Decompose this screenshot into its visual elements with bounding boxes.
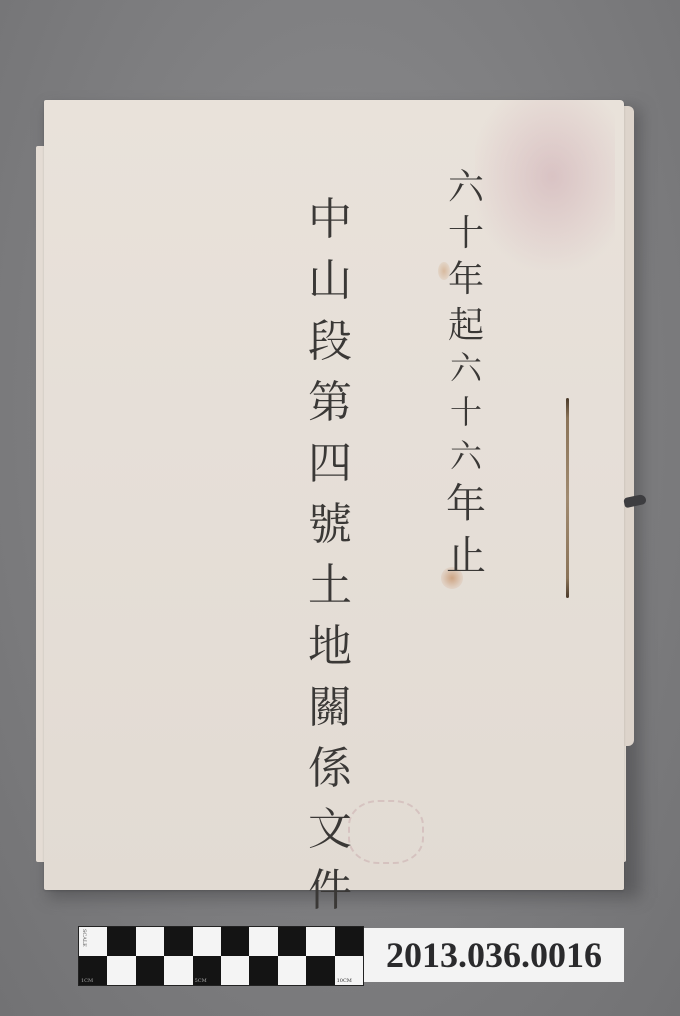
scale-cell: [249, 956, 277, 985]
date-char: 年: [446, 484, 486, 536]
scale-cell: [107, 956, 135, 985]
scale-cell: [335, 927, 363, 956]
title-char: 係: [308, 747, 352, 808]
scale-cell: 5CM: [193, 956, 221, 985]
title-char: 山: [308, 259, 352, 320]
scale-cell: [193, 927, 221, 956]
color-scale-bar: SCALE 1CM 5CM 10CM: [78, 926, 364, 986]
title-char: 第: [308, 381, 352, 442]
date-char: 止: [446, 536, 486, 588]
date-char: 年: [448, 262, 484, 308]
scale-cell: [249, 927, 277, 956]
scale-cell: [107, 927, 135, 956]
scale-side-label: SCALE: [81, 929, 87, 947]
binding-string: [566, 398, 569, 598]
scale-cell: [136, 956, 164, 985]
scale-cell: [164, 956, 192, 985]
scale-cell: [221, 956, 249, 985]
scale-cell: [278, 927, 306, 956]
title-char: 號: [308, 503, 352, 564]
date-char: 十: [448, 216, 484, 262]
scale-label-10cm: 10CM: [337, 978, 352, 984]
scale-cell: [306, 956, 334, 985]
date-char: 十: [450, 396, 482, 440]
title-char: 段: [308, 320, 352, 381]
date-char: 起: [448, 308, 484, 354]
title-char: 關: [308, 686, 352, 747]
title-char: 文: [308, 808, 352, 869]
scale-cell: 1CM: [79, 956, 107, 985]
document-title: 中 山 段 第 四 號 土 地 關 係 文 件: [302, 198, 358, 930]
title-char: 地: [308, 625, 352, 686]
scale-cell: [164, 927, 192, 956]
scale-label-5cm: 5CM: [195, 978, 207, 984]
accession-number-label: 2013.036.0016: [364, 928, 624, 982]
scale-cell: [278, 956, 306, 985]
date-char: 六: [450, 352, 482, 396]
scale-label-1cm: 1CM: [81, 978, 93, 984]
stain-bottom: [348, 800, 424, 864]
title-char: 件: [308, 869, 352, 930]
stain-top-right: [475, 100, 615, 270]
date-char: 六: [448, 170, 484, 216]
title-char: 土: [308, 564, 352, 625]
scale-cell: SCALE: [79, 927, 107, 956]
scale-cell: 10CM: [335, 956, 363, 985]
date-char: 六: [450, 440, 482, 484]
scale-cell: [136, 927, 164, 956]
date-start: 六 十 年 起: [446, 170, 486, 354]
date-end: 六 十 六 年 止: [448, 352, 484, 588]
title-char: 四: [308, 442, 352, 503]
scale-cell: [221, 927, 249, 956]
scale-cell: [306, 927, 334, 956]
title-char: 中: [308, 198, 352, 259]
